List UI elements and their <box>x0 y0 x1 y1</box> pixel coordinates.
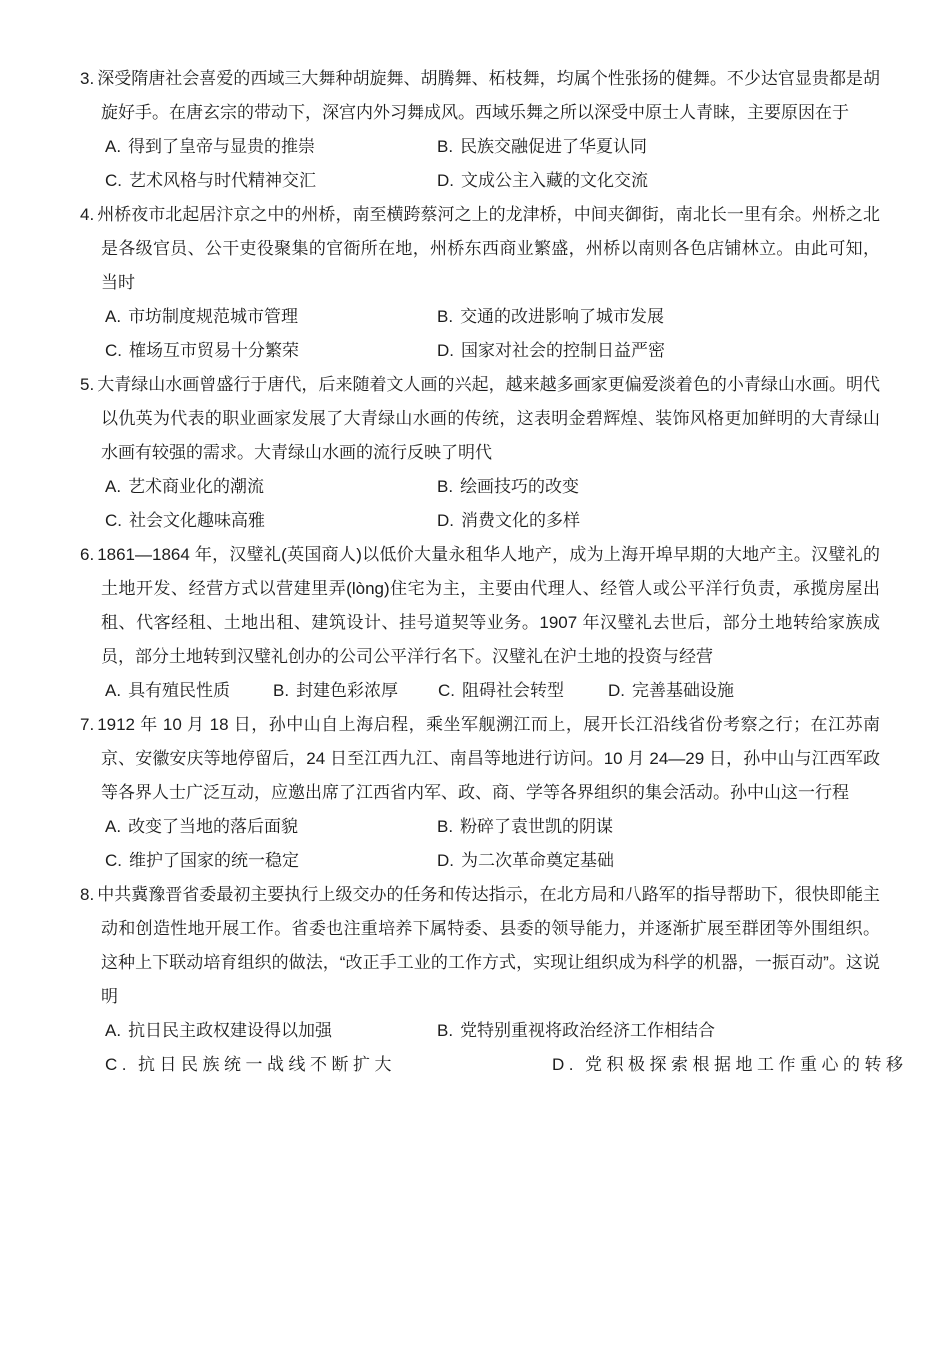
question-4: 4.州桥夜市北起居汴京之中的州桥，南至横跨蔡河之上的龙津桥，中间夹御街，南北长一… <box>80 198 880 368</box>
question-8: 8.中共冀豫晋省委最初主要执行上级交办的任务和传达指示，在北方局和八路军的指导帮… <box>80 878 880 1082</box>
option-text: 维护了国家的统一稳定 <box>129 851 299 870</box>
option-text: 得到了皇帝与显贵的推崇 <box>128 137 315 156</box>
option-letter: A. <box>105 681 121 700</box>
option-text: 绘画技巧的改变 <box>460 477 579 496</box>
option-letter: D. <box>608 681 625 700</box>
option-text: 为二次革命奠定基础 <box>461 851 614 870</box>
option-letter: D. <box>437 511 454 530</box>
option-text: 艺术风格与时代精神交汇 <box>129 171 316 190</box>
option-letter: D. <box>552 1055 578 1074</box>
option-d: D.文成公主入藏的文化交流 <box>437 164 880 198</box>
option-letter: C. <box>438 681 455 700</box>
option-text: 党特别重视将政治经济工作相结合 <box>460 1021 715 1040</box>
option-letter: A. <box>105 137 121 156</box>
option-d: D.为二次革命奠定基础 <box>437 844 880 878</box>
question-stem: 8.中共冀豫晋省委最初主要执行上级交办的任务和传达指示，在北方局和八路军的指导帮… <box>80 878 880 1014</box>
option-letter: B. <box>273 681 289 700</box>
option-b: B.党特别重视将政治经济工作相结合 <box>437 1014 880 1048</box>
option-d: D.完善基础设施 <box>608 674 880 708</box>
option-letter: B. <box>437 307 453 326</box>
option-text: 交通的改进影响了城市发展 <box>460 307 664 326</box>
option-c: C.榷场互市贸易十分繁荣 <box>105 334 437 368</box>
question-stem: 6.1861—1864 年，汉璧礼(英国商人)以低价大量永租华人地产，成为上海开… <box>80 538 880 674</box>
option-a: A.得到了皇帝与显贵的推崇 <box>105 130 437 164</box>
options-grid: C.抗日民族统一战线不断扩大 D.党积极探索根据地工作重心的转移 <box>80 1048 880 1082</box>
option-letter: B. <box>437 137 453 156</box>
option-letter: C. <box>105 511 122 530</box>
question-stem: 4.州桥夜市北起居汴京之中的州桥，南至横跨蔡河之上的龙津桥，中间夹御街，南北长一… <box>80 198 880 300</box>
option-a: A.市坊制度规范城市管理 <box>105 300 437 334</box>
option-c: C.维护了国家的统一稳定 <box>105 844 437 878</box>
question-number: 6. <box>80 545 94 564</box>
question-3: 3.深受隋唐社会喜爱的西域三大舞种胡旋舞、胡腾舞、柘枝舞，均属个性张扬的健舞。不… <box>80 62 880 198</box>
option-b: B.粉碎了袁世凯的阴谋 <box>437 810 880 844</box>
question-number: 5. <box>80 375 94 394</box>
option-b: B.交通的改进影响了城市发展 <box>437 300 880 334</box>
option-text: 民族交融促进了华夏认同 <box>460 137 647 156</box>
option-letter: D. <box>437 341 454 360</box>
option-text: 完善基础设施 <box>632 681 734 700</box>
option-letter: C. <box>105 851 122 870</box>
question-stem: 7.1912 年 10 月 18 日，孙中山自上海启程，乘坐军舰溯江而上，展开长… <box>80 708 880 810</box>
options-grid: A.市坊制度规范城市管理 B.交通的改进影响了城市发展 C.榷场互市贸易十分繁荣… <box>80 300 880 368</box>
option-c: C.抗日民族统一战线不断扩大 <box>105 1048 552 1082</box>
question-number: 8. <box>80 885 94 904</box>
option-letter: A. <box>105 307 121 326</box>
option-b: B.封建色彩浓厚 <box>273 674 438 708</box>
option-text: 艺术商业化的潮流 <box>128 477 264 496</box>
option-a: A.改变了当地的落后面貌 <box>105 810 437 844</box>
option-d: D.消费文化的多样 <box>437 504 880 538</box>
option-letter: C. <box>105 341 122 360</box>
options-row: A.具有殖民性质 B.封建色彩浓厚 C.阻碍社会转型 D.完善基础设施 <box>80 674 880 708</box>
option-letter: B. <box>437 1021 453 1040</box>
option-letter: B. <box>437 817 453 836</box>
option-text: 榷场互市贸易十分繁荣 <box>129 341 299 360</box>
question-number: 4. <box>80 205 94 224</box>
question-stem-text: 州桥夜市北起居汴京之中的州桥，南至横跨蔡河之上的龙津桥，中间夹御街，南北长一里有… <box>97 205 880 292</box>
option-a: A.抗日民主政权建设得以加强 <box>105 1014 437 1048</box>
exam-page: 3.深受隋唐社会喜爱的西域三大舞种胡旋舞、胡腾舞、柘枝舞，均属个性张扬的健舞。不… <box>0 0 950 1345</box>
option-letter: A. <box>105 1021 121 1040</box>
option-text: 社会文化趣味高雅 <box>129 511 265 530</box>
option-letter: D. <box>437 851 454 870</box>
option-text: 具有殖民性质 <box>128 681 230 700</box>
question-stem-text: 1912 年 10 月 18 日，孙中山自上海启程，乘坐军舰溯江而上，展开长江沿… <box>97 715 880 802</box>
option-letter: A. <box>105 477 121 496</box>
option-letter: C. <box>105 171 122 190</box>
options-grid: A.抗日民主政权建设得以加强 B.党特别重视将政治经济工作相结合 <box>80 1014 880 1048</box>
option-d: D.国家对社会的控制日益严密 <box>437 334 880 368</box>
question-stem: 3.深受隋唐社会喜爱的西域三大舞种胡旋舞、胡腾舞、柘枝舞，均属个性张扬的健舞。不… <box>80 62 880 130</box>
question-stem-text: 1861—1864 年，汉璧礼(英国商人)以低价大量永租华人地产，成为上海开埠早… <box>97 545 880 666</box>
option-letter: D. <box>437 171 454 190</box>
option-text: 党积极探索根据地工作重心的转移 <box>585 1055 908 1074</box>
option-text: 市坊制度规范城市管理 <box>128 307 298 326</box>
option-text: 文成公主入藏的文化交流 <box>461 171 648 190</box>
option-text: 改变了当地的落后面貌 <box>128 817 298 836</box>
option-letter: A. <box>105 817 121 836</box>
question-stem-text: 深受隋唐社会喜爱的西域三大舞种胡旋舞、胡腾舞、柘枝舞，均属个性张扬的健舞。不少达… <box>97 69 880 122</box>
option-text: 国家对社会的控制日益严密 <box>461 341 665 360</box>
option-c: C.社会文化趣味高雅 <box>105 504 437 538</box>
option-c: C.艺术风格与时代精神交汇 <box>105 164 437 198</box>
option-a: A.具有殖民性质 <box>105 674 273 708</box>
question-stem-text: 大青绿山水画曾盛行于唐代，后来随着文人画的兴起，越来越多画家更偏爱淡着色的小青绿… <box>97 375 880 462</box>
question-6: 6.1861—1864 年，汉璧礼(英国商人)以低价大量永租华人地产，成为上海开… <box>80 538 880 708</box>
options-grid: A.得到了皇帝与显贵的推崇 B.民族交融促进了华夏认同 C.艺术风格与时代精神交… <box>80 130 880 198</box>
option-c: C.阻碍社会转型 <box>438 674 608 708</box>
option-b: B.民族交融促进了华夏认同 <box>437 130 880 164</box>
question-stem: 5.大青绿山水画曾盛行于唐代，后来随着文人画的兴起，越来越多画家更偏爱淡着色的小… <box>80 368 880 470</box>
option-text: 抗日民主政权建设得以加强 <box>128 1021 332 1040</box>
question-number: 3. <box>80 69 94 88</box>
option-text: 消费文化的多样 <box>461 511 580 530</box>
option-letter: B. <box>437 477 453 496</box>
options-grid: A.改变了当地的落后面貌 B.粉碎了袁世凯的阴谋 C.维护了国家的统一稳定 D.… <box>80 810 880 878</box>
option-text: 封建色彩浓厚 <box>296 681 398 700</box>
option-a: A.艺术商业化的潮流 <box>105 470 437 504</box>
question-7: 7.1912 年 10 月 18 日，孙中山自上海启程，乘坐军舰溯江而上，展开长… <box>80 708 880 878</box>
option-b: B.绘画技巧的改变 <box>437 470 880 504</box>
option-text: 抗日民族统一战线不断扩大 <box>138 1055 396 1074</box>
question-stem-text: 中共冀豫晋省委最初主要执行上级交办的任务和传达指示，在北方局和八路军的指导帮助下… <box>97 885 880 1006</box>
option-text: 粉碎了袁世凯的阴谋 <box>460 817 613 836</box>
options-grid: A.艺术商业化的潮流 B.绘画技巧的改变 C.社会文化趣味高雅 D.消费文化的多… <box>80 470 880 538</box>
option-d: D.党积极探索根据地工作重心的转移 <box>552 1048 908 1082</box>
question-number: 7. <box>80 715 94 734</box>
option-letter: C. <box>105 1055 131 1074</box>
question-5: 5.大青绿山水画曾盛行于唐代，后来随着文人画的兴起，越来越多画家更偏爱淡着色的小… <box>80 368 880 538</box>
option-text: 阻碍社会转型 <box>462 681 564 700</box>
